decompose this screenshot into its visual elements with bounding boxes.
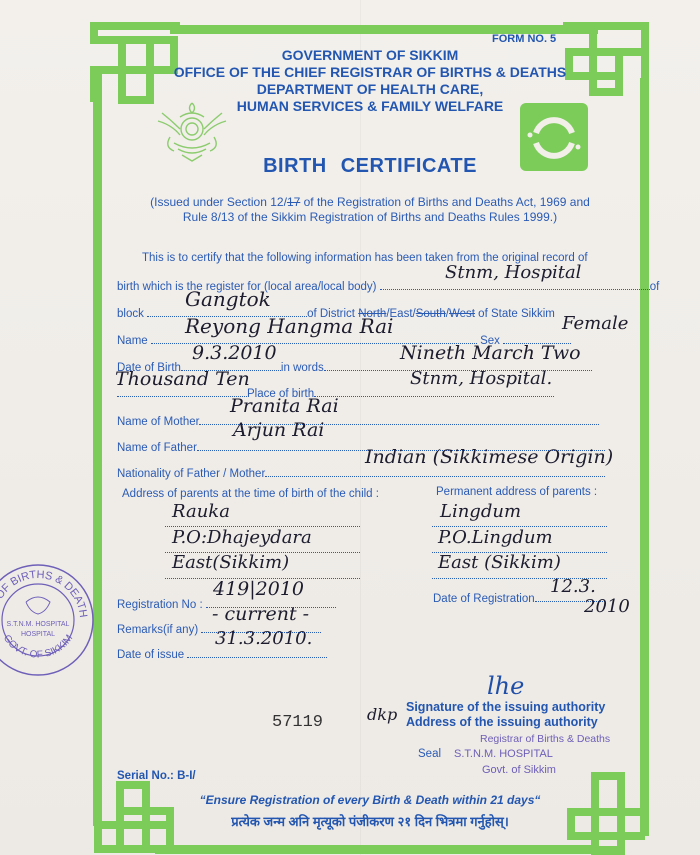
reg-no-value: 419|2010 (213, 578, 304, 600)
address-perm-line-3: East (Sikkim) (438, 552, 561, 573)
seal-label: Seal (418, 748, 441, 760)
signature-label: Signature of the issuing authority (406, 700, 605, 714)
dob-in-words-1: Nineth March Two (400, 342, 581, 364)
certificate-number: 57119 (272, 713, 323, 732)
mother-row: Name of Mother (117, 414, 599, 428)
address-birth-label: Address of parents at the time of birth … (122, 488, 379, 500)
page-title: BIRTHCERTIFICATE (120, 155, 620, 178)
stamp-line-govt: Govt. of Sikkim (482, 764, 556, 776)
stamp-center-2: HOSPITAL (21, 631, 55, 638)
address-birth-line-3: East(Sikkim) (172, 552, 289, 573)
name-value: Reyong Hangma Rai (185, 314, 393, 338)
signature: lhe (487, 672, 524, 700)
stamp-center-1: S.T.N.M. HOSPITAL (7, 621, 70, 628)
svg-text:RAR OF BIRTHS & DEATHS: RAR OF BIRTHS & DEATHS (0, 560, 89, 618)
register-value: Stnm, Hospital (445, 262, 581, 283)
legal-reference: (Issued under Section 12/17 of the Regis… (120, 195, 620, 225)
slogan-nepali: प्रत्येक जन्म अनि मृत्यूको पंजीकरण २१ दि… (120, 812, 620, 830)
header-line-2: OFFICE OF THE CHIEF REGISTRAR OF BIRTHS … (120, 64, 620, 81)
father-value: Arjun Rai (233, 419, 324, 441)
address-perm-line-1: Lingdum (440, 501, 521, 522)
nationality-value: Indian (Sikkimese Origin) (365, 446, 613, 468)
reg-date-value-2: 2010 (584, 596, 630, 617)
header-line-4: HUMAN SERVICES & FAMILY WELFARE (120, 98, 620, 115)
slogan-english: “Ensure Registration of every Birth & De… (120, 793, 620, 807)
stamp-line-registrar: Registrar of Births & Deaths (480, 733, 610, 745)
block-value: Gangtok (185, 287, 271, 311)
sex-value: Female (562, 313, 628, 334)
issue-date-value: 31.3.2010. (215, 628, 312, 649)
mother-value: Pranita Rai (230, 395, 339, 417)
address-birth-line-1: Rauka (172, 501, 230, 522)
pob-value: Stnm, Hospital. (410, 368, 552, 389)
header-line-1: GOVERNMENT OF SIKKIM (120, 47, 620, 64)
registrar-round-stamp: RAR OF BIRTHS & DEATHS GOVT. OF SIKKIM S… (0, 560, 98, 680)
initials: dkp (367, 705, 397, 724)
address-perm-line-2: P.O.Lingdum (438, 527, 553, 548)
issue-date-row: Date of issue (117, 647, 327, 661)
remarks-value: - current - (212, 603, 309, 625)
address-birth-line-2: P.O:Dhajeydara (172, 527, 312, 548)
form-number: FORM NO. 5 (492, 33, 556, 45)
header-line-3: DEPARTMENT OF HEALTH CARE, (120, 81, 620, 98)
stamp-top-text: RAR OF BIRTHS & DEATHS (0, 560, 89, 618)
stamp-line-hospital: S.T.N.M. HOSPITAL (454, 748, 553, 760)
dob-in-words-2: Thousand Ten (115, 368, 250, 390)
serial-number: Serial No.: B-I/ (117, 770, 196, 782)
address-perm-label: Permanent address of parents : (436, 486, 597, 498)
nationality-row: Nationality of Father / Mother (117, 466, 605, 480)
reg-date-value-1: 12.3. (550, 576, 596, 597)
address-label: Address of the issuing authority (406, 715, 598, 729)
dob-value: 9.3.2010 (192, 342, 277, 364)
